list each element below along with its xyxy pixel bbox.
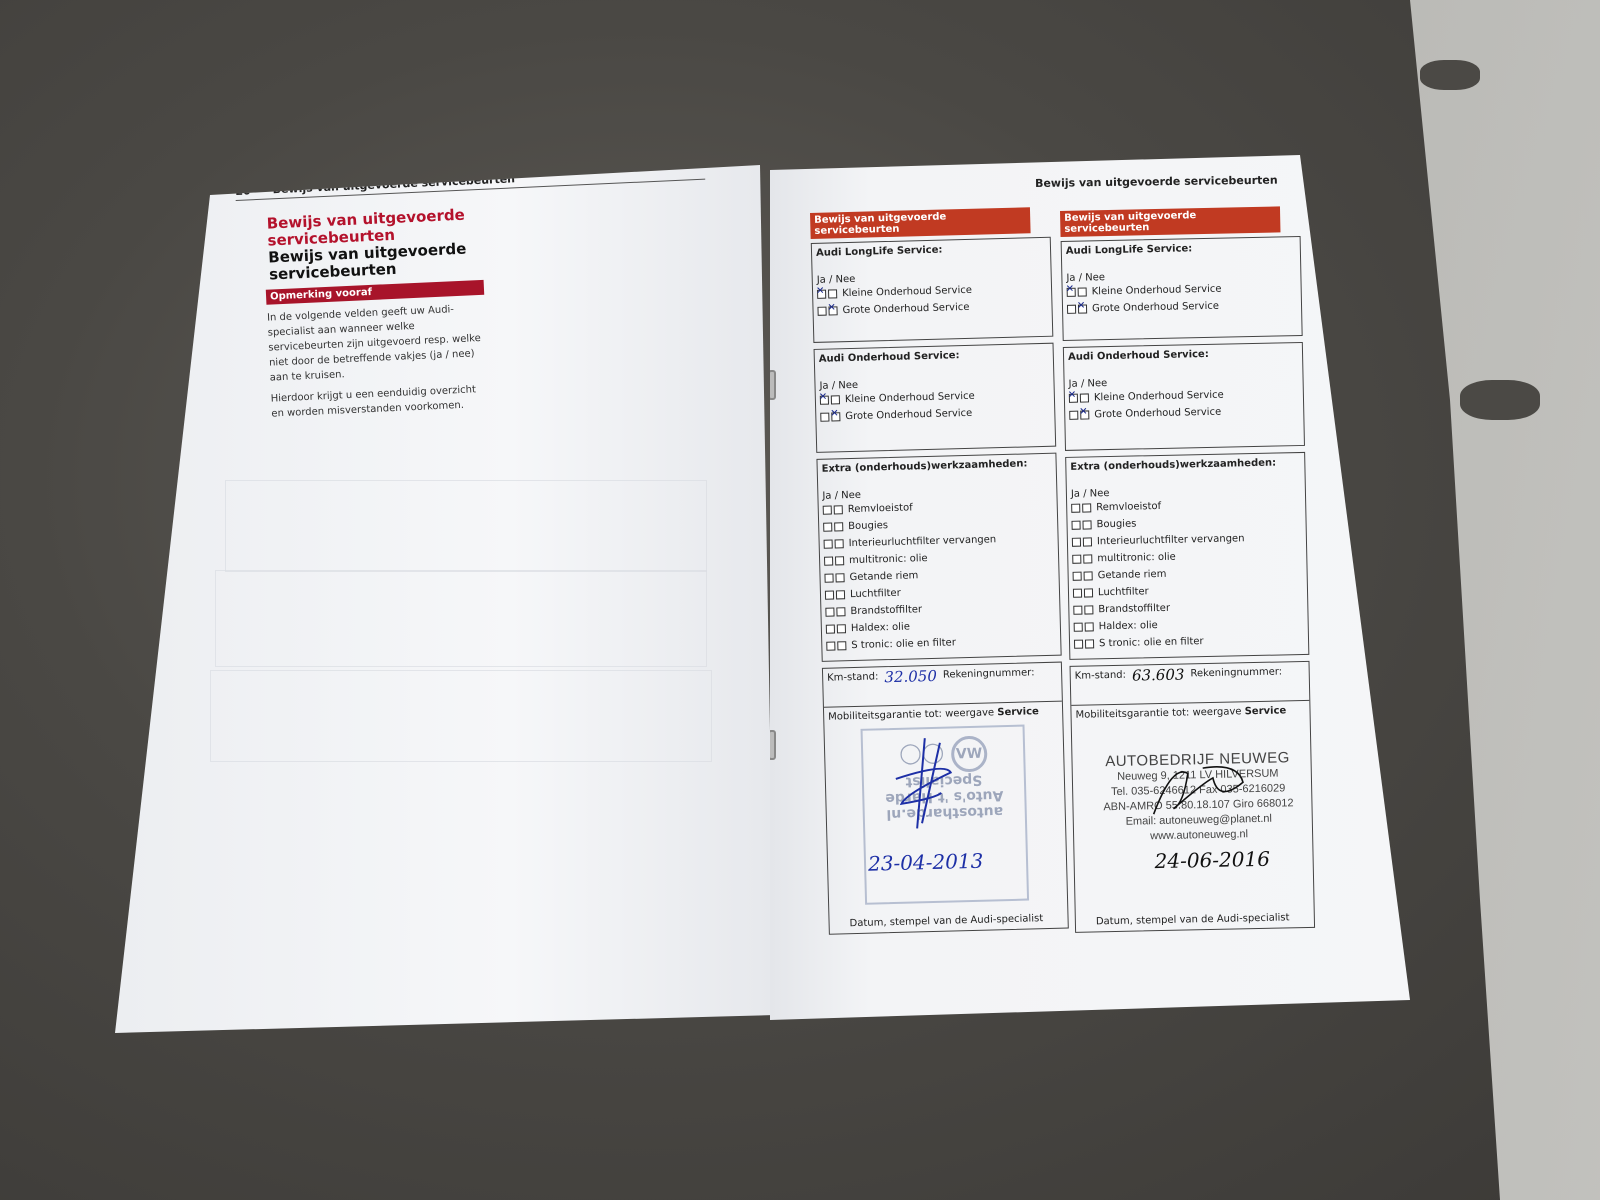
extra-work-section: Extra (onderhouds)werkzaamheden: Ja / Ne…: [816, 453, 1061, 662]
km-value[interactable]: 63.603: [1132, 665, 1185, 684]
checklist-label: Bougies: [848, 520, 888, 532]
stamp-area: Mobiliteitsgarantie tot: weergave Servic…: [1071, 701, 1314, 932]
vw-logo-icon: VW: [951, 736, 988, 773]
nee-checkbox[interactable]: [828, 289, 837, 298]
ja-checkbox[interactable]: [824, 574, 833, 583]
onderhoud-section: Audi Onderhoud Service: Ja / Nee Kleine …: [814, 343, 1057, 453]
checklist-label: Remvloeistof: [848, 502, 913, 515]
floor-stain: [1460, 380, 1540, 420]
mobility-bold: Service: [1245, 705, 1287, 717]
nee-checkbox[interactable]: [834, 505, 843, 514]
nee-checkbox[interactable]: [836, 590, 845, 599]
nee-checkbox[interactable]: [1085, 622, 1094, 631]
right-header: Bewijs van uitgevoerde servicebeurten 21: [1035, 173, 1319, 190]
stamp-area: Mobiliteitsgarantie tot: weergave Servic…: [824, 702, 1068, 934]
invoice-label: Rekeningnummer:: [1190, 666, 1282, 679]
checklist-label: Interieurluchtfilter vervangen: [1097, 533, 1245, 547]
checklist-label: Grote Onderhoud Service: [842, 302, 969, 316]
ja-checkbox[interactable]: [824, 557, 833, 566]
nee-checkbox[interactable]: [835, 556, 844, 565]
intro-paragraph-2: Hierdoor krijgt u een eenduidig overzich…: [270, 382, 491, 422]
longlife-section: Audi LongLife Service: Ja / Nee Kleine O…: [1061, 236, 1303, 341]
ja-checkbox[interactable]: [1073, 606, 1082, 615]
mobility-label: Mobiliteitsgarantie tot: weergave: [1075, 706, 1241, 720]
section-title: Extra (onderhouds)werkzaamheden:: [822, 458, 1052, 475]
nee-checkbox[interactable]: [1084, 588, 1093, 597]
nee-checkbox[interactable]: [836, 607, 845, 616]
staple: [768, 370, 776, 400]
checklist-label: Getande riem: [849, 570, 918, 583]
intro-paragraph: In de volgende velden geeft uw Audi-spec…: [267, 301, 490, 386]
section-title: Audi LongLife Service:: [816, 242, 1046, 259]
mobility-label: Mobiliteitsgarantie tot: weergave: [828, 707, 994, 722]
nee-checkbox[interactable]: [831, 412, 840, 421]
checklist-label: Haldex: olie: [1099, 620, 1158, 632]
record-banner: Bewijs van uitgevoerde servicebeurten: [810, 207, 1031, 239]
onderhoud-section: Audi Onderhoud Service: Ja / Nee Kleine …: [1063, 342, 1305, 451]
nee-checkbox[interactable]: [837, 641, 846, 650]
ja-checkbox[interactable]: [826, 641, 835, 650]
ja-checkbox[interactable]: [1067, 305, 1076, 314]
nee-checkbox[interactable]: [1085, 639, 1094, 648]
checklist-label: Remvloeistof: [1096, 501, 1161, 513]
checklist-label: Brandstoffilter: [1098, 603, 1170, 615]
page-number: 21: [1304, 173, 1319, 186]
checklist-label: S tronic: olie en filter: [851, 637, 956, 651]
ja-checkbox[interactable]: [817, 290, 826, 299]
checklist-label: Kleine Onderhoud Service: [842, 285, 972, 299]
checklist-label: Brandstoffilter: [850, 604, 922, 617]
nee-checkbox[interactable]: [1084, 571, 1093, 580]
checklist-label: Bougies: [1096, 518, 1136, 530]
ja-checkbox[interactable]: [820, 396, 829, 405]
checklist-label: Luchtfilter: [1098, 586, 1149, 598]
page-number: 20: [235, 184, 251, 198]
nee-checkbox[interactable]: [1082, 503, 1091, 512]
checklist-label: S tronic: olie en filter: [1099, 636, 1204, 649]
ja-checkbox[interactable]: [1069, 394, 1078, 403]
ja-checkbox[interactable]: [1073, 589, 1082, 598]
checklist-label: Grote Onderhoud Service: [845, 408, 972, 422]
mobility-bold: Service: [997, 706, 1039, 718]
ja-checkbox[interactable]: [1073, 572, 1082, 581]
left-header: 20 Bewijs van uitgevoerde servicebeurten: [235, 164, 705, 201]
stamp-footer: Datum, stempel van de Audi-specialist: [849, 913, 1043, 929]
ja-checkbox[interactable]: [824, 540, 833, 549]
ja-checkbox[interactable]: [820, 413, 829, 422]
service-date: 23-04-2013: [868, 849, 984, 876]
mileage-block: Km-stand: 32.050 Rekeningnummer: Mobilit…: [822, 662, 1069, 935]
checklist-label: Grote Onderhoud Service: [1094, 407, 1221, 421]
section-title: Audi LongLife Service:: [1066, 241, 1296, 257]
nee-checkbox[interactable]: [1080, 410, 1089, 419]
running-header: Bewijs van uitgevoerde servicebeurten: [1035, 174, 1278, 190]
nee-checkbox[interactable]: [1078, 287, 1087, 296]
service-date: 24-06-2016: [1154, 847, 1270, 873]
ja-checkbox[interactable]: [1074, 640, 1083, 649]
checklist-label: Haldex: olie: [851, 622, 910, 635]
floor-stain: [1420, 60, 1480, 90]
bleed-through-box: [225, 480, 707, 572]
ja-checkbox[interactable]: [1069, 411, 1078, 420]
stamp-footer: Datum, stempel van de Audi-specialist: [1096, 912, 1290, 927]
nee-checkbox[interactable]: [835, 573, 844, 582]
nee-checkbox[interactable]: [1078, 304, 1087, 313]
checklist-label: Kleine Onderhoud Service: [1094, 390, 1224, 404]
bleed-through-box: [210, 670, 712, 762]
checklist-row: Grote Onderhoud Service: [1067, 296, 1297, 318]
nee-checkbox[interactable]: [837, 624, 846, 633]
running-header: Bewijs van uitgevoerde servicebeurten: [272, 172, 515, 196]
section-title: Audi Onderhoud Service:: [819, 348, 1049, 365]
checklist-label: Kleine Onderhoud Service: [845, 391, 975, 405]
ja-checkbox[interactable]: [825, 607, 834, 616]
service-booklet: 20 Bewijs van uitgevoerde servicebeurten…: [115, 155, 1445, 1035]
ja-checkbox[interactable]: [826, 624, 835, 633]
checklist-label: multitronic: olie: [849, 553, 928, 566]
nee-checkbox[interactable]: [1083, 554, 1092, 563]
ja-checkbox[interactable]: [1072, 555, 1081, 564]
extra-work-section: Extra (onderhouds)werkzaamheden: Ja / Ne…: [1065, 452, 1309, 660]
ja-checkbox[interactable]: [1074, 623, 1083, 632]
checklist-label: Interieurluchtfilter vervangen: [849, 534, 997, 549]
ja-checkbox[interactable]: [817, 307, 826, 316]
service-record-1: Bewijs van uitgevoerde servicebeurten Au…: [810, 207, 1069, 935]
mileage-block: Km-stand: 63.603 Rekeningnummer: Mobilit…: [1070, 661, 1316, 933]
invoice-label: Rekeningnummer:: [943, 667, 1035, 680]
section-title: Extra (onderhouds)werkzaamheden:: [1070, 457, 1300, 473]
ja-checkbox[interactable]: [825, 591, 834, 600]
checklist-row: Grote Onderhoud Service: [1069, 402, 1299, 424]
nee-checkbox[interactable]: [835, 539, 844, 548]
ja-checkbox[interactable]: [1072, 538, 1081, 547]
nee-checkbox[interactable]: [834, 522, 843, 531]
section-banner: Opmerking vooraf: [266, 280, 484, 305]
ja-checkbox[interactable]: [1067, 288, 1076, 297]
checklist-label: Kleine Onderhoud Service: [1092, 284, 1222, 298]
ja-checkbox[interactable]: [1071, 521, 1080, 530]
nee-checkbox[interactable]: [1082, 520, 1091, 529]
nee-checkbox[interactable]: [831, 395, 840, 404]
km-label: Km-stand:: [1075, 670, 1126, 682]
section-title: Audi Onderhoud Service:: [1068, 347, 1298, 363]
signature-icon: [885, 732, 958, 834]
bleed-through-box: [215, 570, 707, 667]
signature-icon: [1142, 752, 1253, 824]
right-page: Bewijs van uitgevoerde servicebeurten 21…: [770, 155, 1440, 1025]
ja-checkbox[interactable]: [1071, 504, 1080, 513]
longlife-section: Audi LongLife Service: Ja / Nee Kleine O…: [811, 237, 1054, 343]
km-value[interactable]: 32.050: [884, 667, 937, 686]
record-banner: Bewijs van uitgevoerde servicebeurten: [1060, 206, 1280, 237]
ja-checkbox[interactable]: [823, 506, 832, 515]
checklist-label: Grote Onderhoud Service: [1092, 301, 1219, 315]
nee-checkbox[interactable]: [1083, 537, 1092, 546]
checklist-row: S tronic: olie en filter: [1074, 631, 1304, 653]
checklist-label: multitronic: olie: [1097, 552, 1176, 565]
checklist-label: Getande riem: [1098, 569, 1167, 581]
km-label: Km-stand:: [827, 671, 879, 683]
ja-checkbox[interactable]: [823, 523, 832, 532]
nee-checkbox[interactable]: [1084, 605, 1093, 614]
nee-checkbox[interactable]: [1080, 393, 1089, 402]
nee-checkbox[interactable]: [828, 306, 837, 315]
checklist-label: Luchtfilter: [850, 588, 901, 600]
left-page-content: 20 Bewijs van uitgevoerde servicebeurten…: [235, 163, 725, 423]
service-record-2: Bewijs van uitgevoerde servicebeurten Au…: [1060, 206, 1315, 933]
left-page: 20 Bewijs van uitgevoerde servicebeurten…: [115, 165, 775, 1045]
